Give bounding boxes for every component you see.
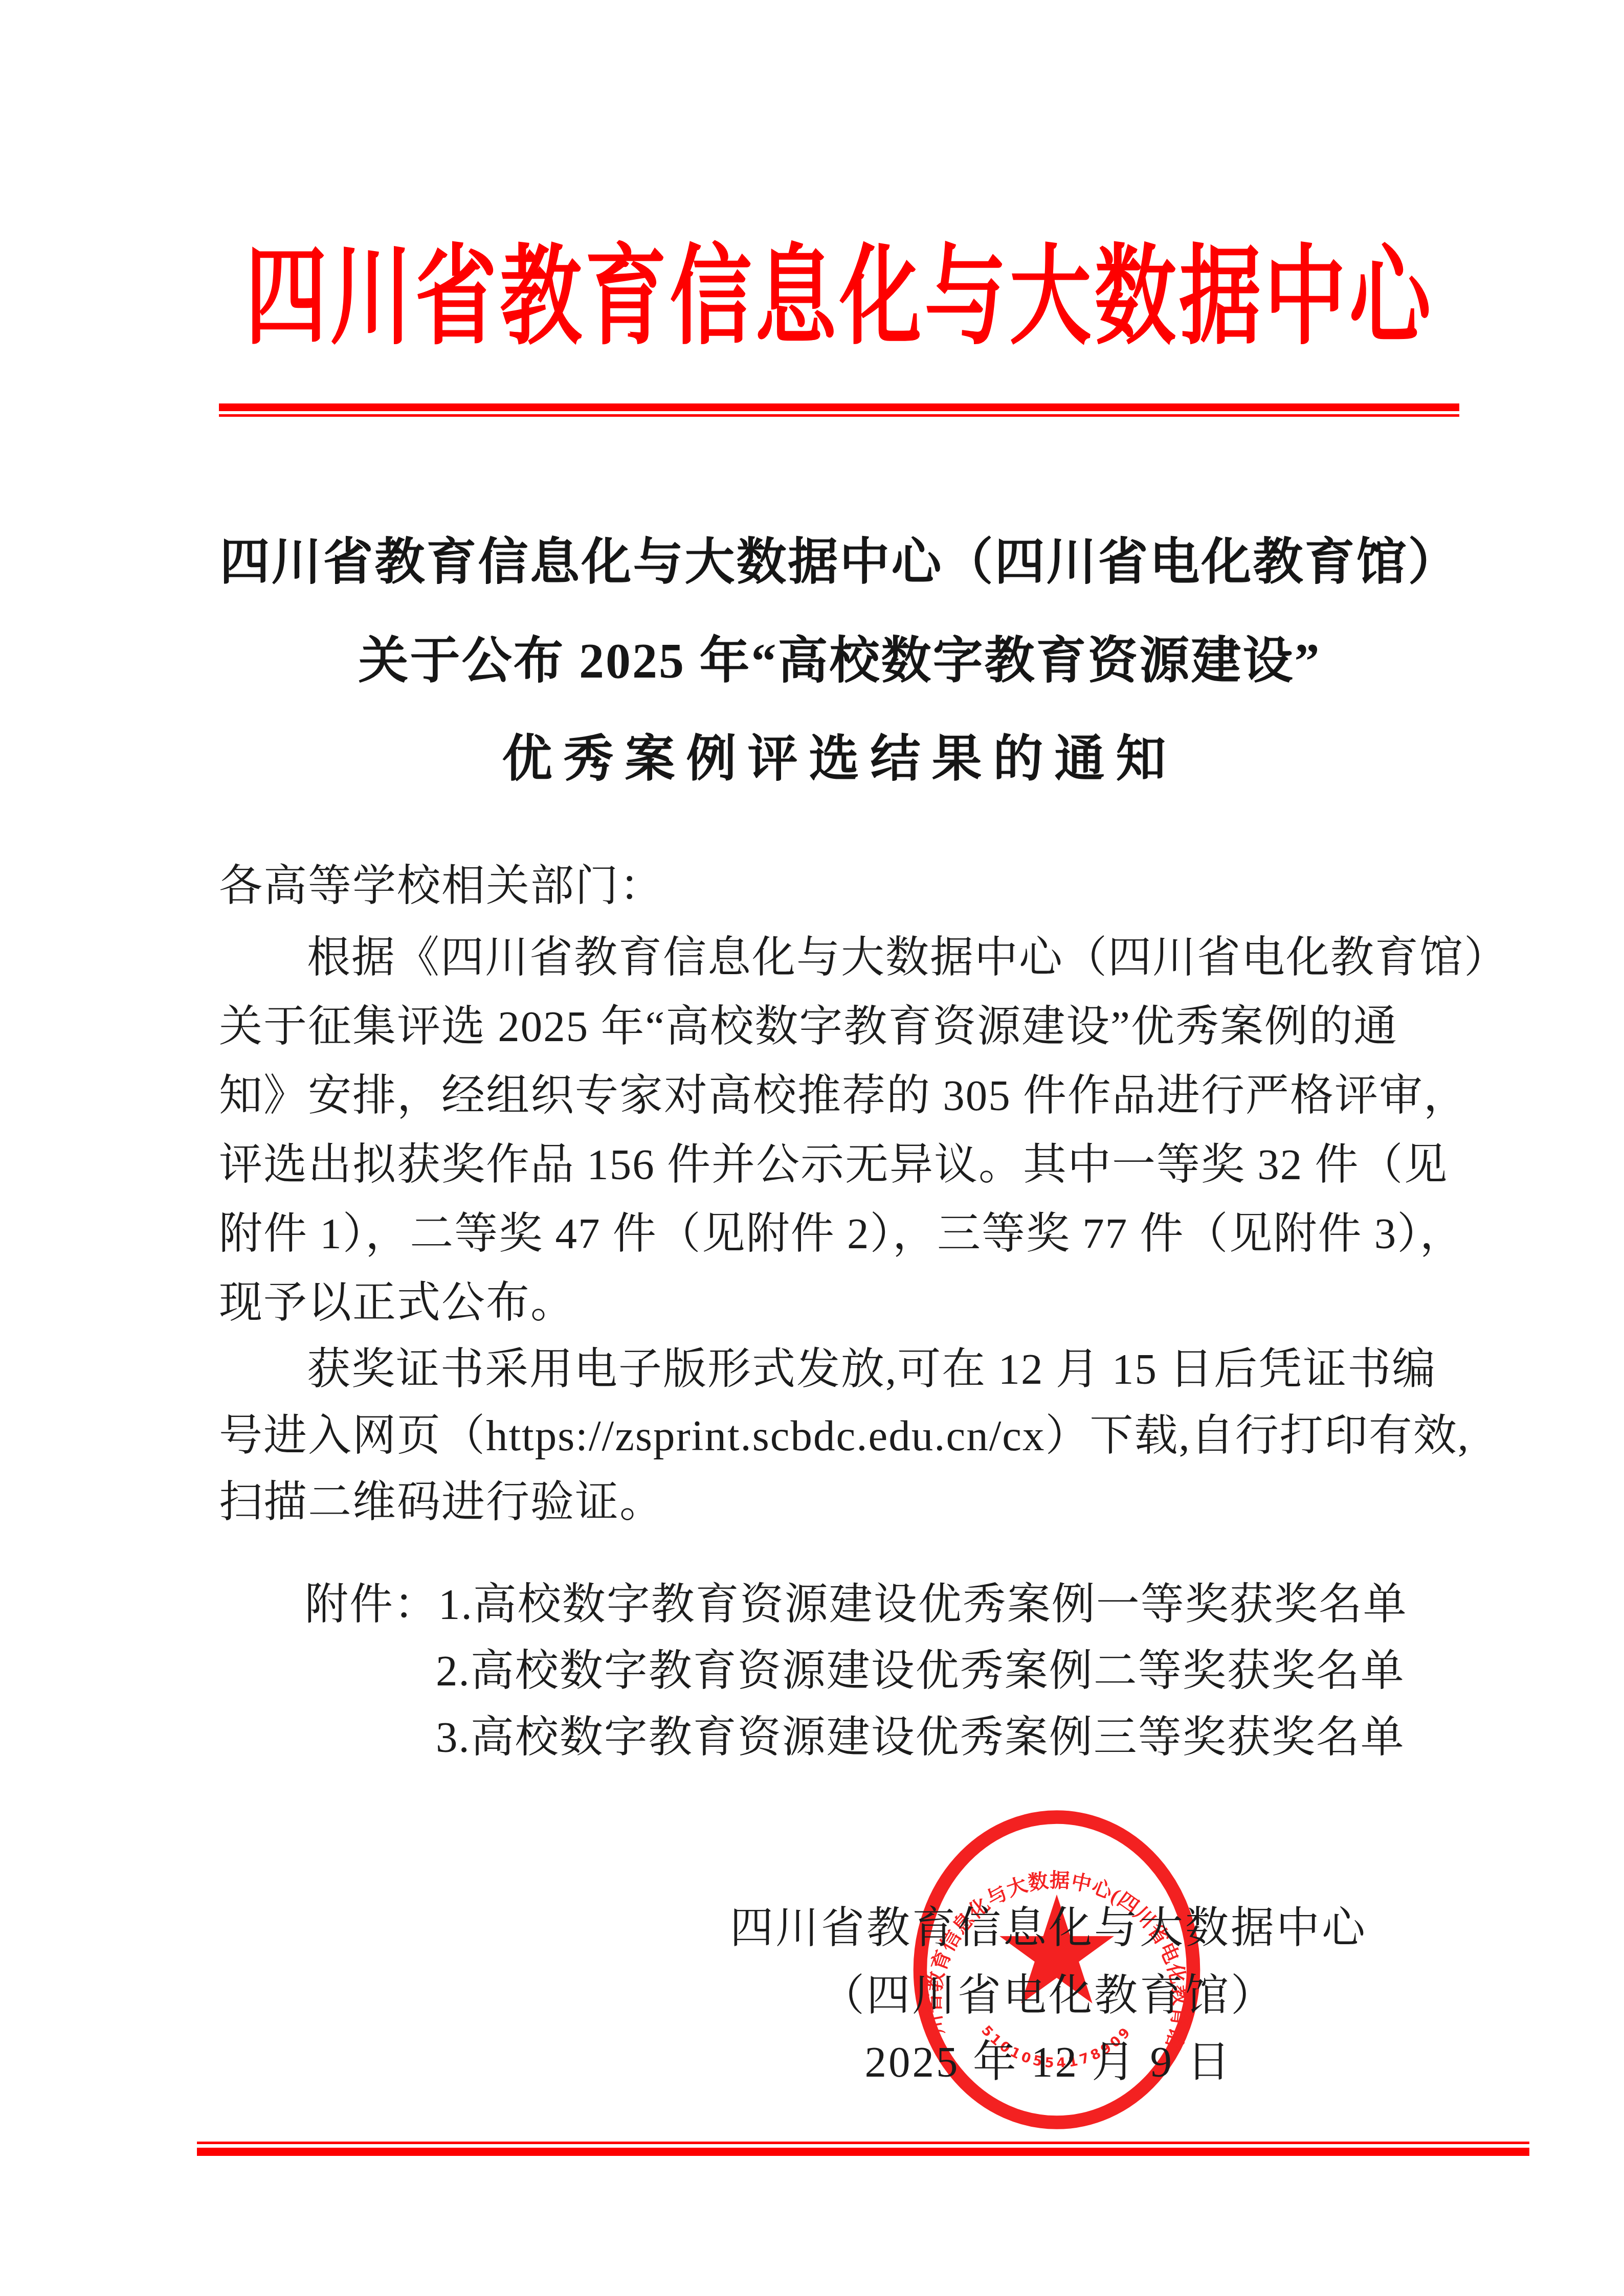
salutation-line: 各高等学校相关部门： (219, 858, 1559, 914)
signature-org-line2: （四川省电化教育馆） (665, 1968, 1432, 2024)
footer-rule-thin (197, 2142, 1529, 2144)
body-line: 扫描二维码进行验证。 (219, 1474, 1559, 1530)
body-line: 关于征集评选 2025 年“高校数字教育资源建设”优秀案例的通 (219, 999, 1559, 1055)
letterhead-title: 四川省教育信息化与大数据中心 (219, 210, 1460, 385)
body-line-with-url: 号进入网页（https://zsprint.scbdc.edu.cn/cx）下载… (219, 1408, 1559, 1464)
document-title-line2: 关于公布 2025 年“高校数字教育资源建设” (219, 628, 1460, 694)
official-notice-page: 四川省教育信息化与大数据中心 四川省教育信息化与大数据中心（四川省电化教育馆） … (0, 0, 1624, 2296)
letterhead-rule-thin (219, 414, 1459, 417)
signature-date: 2025 年 12 月 9 日 (665, 2034, 1432, 2090)
body-line: 根据《四川省教育信息化与大数据中心（四川省电化教育馆） (219, 930, 1624, 986)
body-line: 获奖证书采用电子版形式发放,可在 12 月 15 日后凭证书编 (219, 1341, 1624, 1398)
body-line: 评选出拟获奖作品 156 件并公示无异议。其中一等奖 32 件（见 (219, 1137, 1559, 1193)
letterhead-rule-thick (219, 403, 1459, 411)
signature-org-line1: 四川省教育信息化与大数据中心 (665, 1900, 1432, 1956)
attachment-item-1: 附件：1.高校数字教育资源建设优秀案例一等奖获奖名单 (305, 1577, 1408, 1633)
body-line: 知》安排，经组织专家对高校推荐的 305 件作品进行严格评审， (219, 1068, 1559, 1124)
attachment-item-2: 2.高校数字教育资源建设优秀案例二等奖获奖名单 (436, 1643, 1405, 1699)
attachment-item-3: 3.高校数字教育资源建设优秀案例三等奖获奖名单 (436, 1709, 1405, 1766)
body-line: 附件 1），二等奖 47 件（见附件 2），三等奖 77 件（见附件 3）， (219, 1206, 1559, 1262)
document-title-line1: 四川省教育信息化与大数据中心（四川省电化教育馆） (219, 529, 1460, 596)
document-title-line3: 优秀案例评选结果的通知 (219, 726, 1460, 793)
footer-rule-thick (197, 2148, 1529, 2156)
body-line: 现予以正式公布。 (219, 1275, 1559, 1331)
